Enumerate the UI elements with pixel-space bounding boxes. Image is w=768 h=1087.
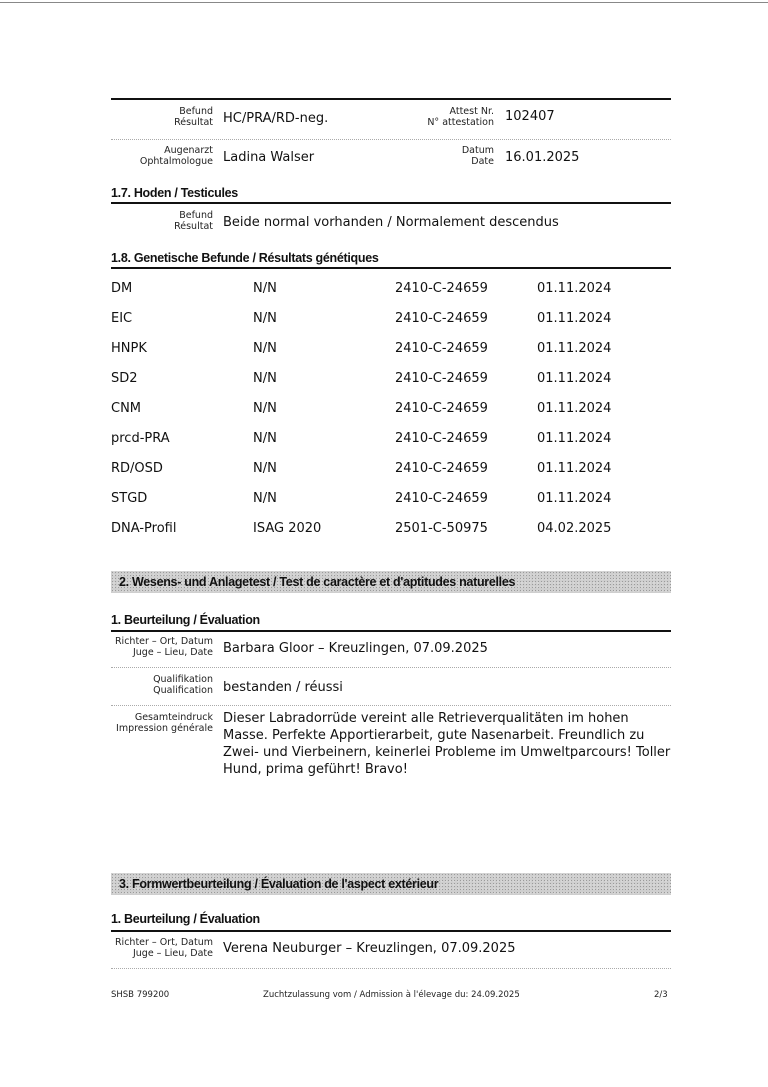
field-label: Gesamteindruck Impression générale <box>101 712 213 734</box>
lab-number: 2410-C-24659 <box>395 371 488 386</box>
label-de: Befund <box>111 106 213 117</box>
label-de: Richter – Ort, Datum <box>101 636 213 647</box>
lab-number: 2410-C-24659 <box>395 341 488 356</box>
test-date: 04.02.2025 <box>537 521 611 536</box>
judge-row: Richter – Ort, Datum Juge – Lieu, Date B… <box>111 636 671 666</box>
eye-result-value: HC/PRA/RD-neg. <box>223 111 328 126</box>
table-row: prcd-PRAN/N2410-C-2465901.11.2024 <box>111 431 671 451</box>
lab-number: 2410-C-24659 <box>395 281 488 296</box>
divider <box>111 267 671 269</box>
judge-value: Barbara Gloor – Kreuzlingen, 07.09.2025 <box>223 641 488 656</box>
genetic-test-name: STGD <box>111 491 147 506</box>
field-label: Attest Nr. N° attestation <box>401 106 494 128</box>
label-de: Gesamteindruck <box>101 712 213 723</box>
test-date: 01.11.2024 <box>537 371 611 386</box>
label-fr: Juge – Lieu, Date <box>101 948 213 959</box>
table-row: RD/OSDN/N2410-C-2465901.11.2024 <box>111 461 671 481</box>
testicles-result-value: Beide normal vorhanden / Normalement des… <box>223 215 559 230</box>
genetic-test-name: CNM <box>111 401 141 416</box>
test-date: 01.11.2024 <box>537 311 611 326</box>
table-row: SD2N/N2410-C-2465901.11.2024 <box>111 371 671 391</box>
qualification-value: bestanden / réussi <box>223 680 343 695</box>
field-label: Datum Date <box>401 145 494 167</box>
subsection-title-evaluation: 1. Beurteilung / Évaluation <box>111 613 260 627</box>
divider <box>111 139 671 140</box>
table-row: EICN/N2410-C-2465901.11.2024 <box>111 311 671 331</box>
genetic-test-name: DM <box>111 281 132 296</box>
test-date: 01.11.2024 <box>537 461 611 476</box>
section-title-conformation: 3. Formwertbeurteilung / Évaluation de l… <box>119 877 438 891</box>
label-fr: Résultat <box>111 117 213 128</box>
table-row: DNA-ProfilISAG 20202501-C-5097504.02.202… <box>111 521 671 541</box>
lab-number: 2501-C-50975 <box>395 521 488 536</box>
test-date: 01.11.2024 <box>537 401 611 416</box>
label-fr: Résultat <box>111 221 213 232</box>
field-label: Qualifikation Qualification <box>111 674 213 696</box>
field-label: Richter – Ort, Datum Juge – Lieu, Date <box>101 937 213 959</box>
lab-number: 2410-C-24659 <box>395 461 488 476</box>
divider <box>111 667 671 668</box>
divider <box>111 630 671 632</box>
table-row: STGDN/N2410-C-2465901.11.2024 <box>111 491 671 511</box>
label-de: Attest Nr. <box>401 106 494 117</box>
genetic-test-name: EIC <box>111 311 132 326</box>
exam-date-value: 16.01.2025 <box>505 150 579 165</box>
section-title-testicles: 1.7. Hoden / Testicules <box>111 186 238 200</box>
label-fr: Juge – Lieu, Date <box>101 647 213 658</box>
divider <box>111 705 671 706</box>
scan-top-edge <box>0 2 768 3</box>
section-band-conformation: 3. Formwertbeurteilung / Évaluation de l… <box>111 873 671 895</box>
section-title-genetics: 1.8. Genetische Befunde / Résultats géné… <box>111 251 379 265</box>
table-row: CNMN/N2410-C-2465901.11.2024 <box>111 401 671 421</box>
testicles-result-row: Befund Résultat Beide normal vorhanden /… <box>111 210 671 240</box>
table-row: HNPKN/N2410-C-2465901.11.2024 <box>111 341 671 361</box>
field-label: Befund Résultat <box>111 210 213 232</box>
label-fr: N° attestation <box>401 117 494 128</box>
genetic-test-result: N/N <box>253 401 277 416</box>
footer-registry-number: SHSB 799200 <box>111 990 169 1000</box>
genetic-test-name: SD2 <box>111 371 138 386</box>
footer-page-number: 2/3 <box>654 990 668 1000</box>
lab-number: 2410-C-24659 <box>395 431 488 446</box>
genetic-test-result: N/N <box>253 431 277 446</box>
subsection-title-evaluation: 1. Beurteilung / Évaluation <box>111 912 260 926</box>
divider <box>111 930 671 932</box>
genetic-test-name: prcd-PRA <box>111 431 170 446</box>
label-de: Datum <box>401 145 494 156</box>
test-date: 01.11.2024 <box>537 341 611 356</box>
ophthalmologist-value: Ladina Walser <box>223 150 314 165</box>
field-label: Augenarzt Ophtalmologue <box>111 145 213 167</box>
lab-number: 2410-C-24659 <box>395 311 488 326</box>
table-row: DMN/N2410-C-2465901.11.2024 <box>111 281 671 301</box>
genetic-test-result: ISAG 2020 <box>253 521 321 536</box>
qualification-row: Qualifikation Qualification bestanden / … <box>111 674 671 704</box>
label-fr: Date <box>401 156 494 167</box>
genetic-test-result: N/N <box>253 491 277 506</box>
label-de: Qualifikation <box>111 674 213 685</box>
lab-number: 2410-C-24659 <box>395 401 488 416</box>
genetic-test-result: N/N <box>253 371 277 386</box>
genetic-test-result: N/N <box>253 281 277 296</box>
field-label: Befund Résultat <box>111 106 213 128</box>
label-fr: Impression générale <box>101 723 213 734</box>
eye-result-row: Befund Résultat HC/PRA/RD-neg. Attest Nr… <box>111 106 671 136</box>
genetic-test-result: N/N <box>253 461 277 476</box>
eye-vet-row: Augenarzt Ophtalmologue Ladina Walser Da… <box>111 145 671 175</box>
divider <box>111 98 671 100</box>
genetic-test-name: DNA-Profil <box>111 521 176 536</box>
judge-row: Richter – Ort, Datum Juge – Lieu, Date V… <box>111 937 671 967</box>
judge-value: Verena Neuburger – Kreuzlingen, 07.09.20… <box>223 941 516 956</box>
overall-impression-value: Dieser Labradorrüde vereint alle Retriev… <box>223 710 673 778</box>
label-fr: Qualification <box>111 685 213 696</box>
lab-number: 2410-C-24659 <box>395 491 488 506</box>
genetic-test-result: N/N <box>253 311 277 326</box>
test-date: 01.11.2024 <box>537 491 611 506</box>
test-date: 01.11.2024 <box>537 431 611 446</box>
label-de: Augenarzt <box>111 145 213 156</box>
genetic-test-name: RD/OSD <box>111 461 163 476</box>
genetic-test-name: HNPK <box>111 341 147 356</box>
label-de: Befund <box>111 210 213 221</box>
attest-number-value: 102407 <box>505 109 555 124</box>
footer-admission-date: Zuchtzulassung vom / Admission à l'éleva… <box>263 990 520 1000</box>
divider <box>111 968 671 969</box>
section-band-character-test: 2. Wesens- und Anlagetest / Test de cara… <box>111 571 671 593</box>
label-de: Richter – Ort, Datum <box>101 937 213 948</box>
label-fr: Ophtalmologue <box>111 156 213 167</box>
field-label: Richter – Ort, Datum Juge – Lieu, Date <box>101 636 213 658</box>
divider <box>111 202 671 204</box>
section-title-character-test: 2. Wesens- und Anlagetest / Test de cara… <box>119 575 515 589</box>
genetic-test-result: N/N <box>253 341 277 356</box>
test-date: 01.11.2024 <box>537 281 611 296</box>
